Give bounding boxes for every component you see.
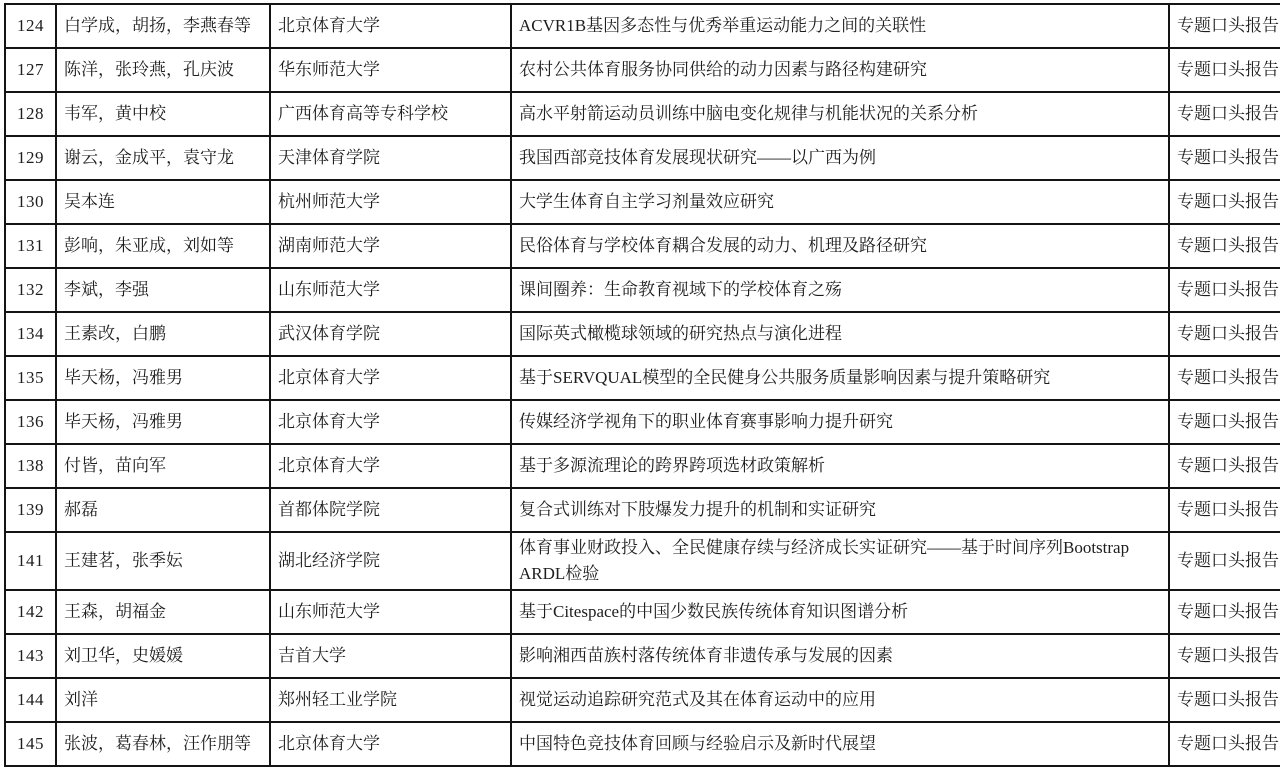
- report-type-cell: 专题口头报告: [1169, 136, 1280, 180]
- report-type-cell: 专题口头报告: [1169, 488, 1280, 532]
- table-row: 135 毕天杨，冯雅男 北京体育大学 基于SERVQUAL模型的全民健身公共服务…: [5, 356, 1280, 400]
- paper-title-cell: 课间圈养：生命教育视域下的学校体育之殇: [511, 268, 1169, 312]
- institution-cell: 杭州师范大学: [270, 180, 511, 224]
- paper-title-cell: 基于Citespace的中国少数民族传统体育知识图谱分析: [511, 590, 1169, 634]
- paper-title-cell: 中国特色竞技体育回顾与经验启示及新时代展望: [511, 722, 1169, 766]
- report-type-cell: 专题口头报告: [1169, 678, 1280, 722]
- table-row: 130 吴本连 杭州师范大学 大学生体育自主学习剂量效应研究 专题口头报告: [5, 180, 1280, 224]
- table-row: 127 陈洋，张玲燕，孔庆波 华东师范大学 农村公共体育服务协同供给的动力因素与…: [5, 48, 1280, 92]
- report-type-cell: 专题口头报告: [1169, 268, 1280, 312]
- row-number-cell: 139: [5, 488, 56, 532]
- table-row: 138 付皆，苗向军 北京体育大学 基于多源流理论的跨界跨项选材政策解析 专题口…: [5, 444, 1280, 488]
- row-number-cell: 143: [5, 634, 56, 678]
- paper-title-cell: 基于多源流理论的跨界跨项选材政策解析: [511, 444, 1169, 488]
- row-number-cell: 124: [5, 4, 56, 48]
- institution-cell: 北京体育大学: [270, 400, 511, 444]
- report-type-cell: 专题口头报告: [1169, 722, 1280, 766]
- table-row: 139 郝磊 首都体院学院 复合式训练对下肢爆发力提升的机制和实证研究 专题口头…: [5, 488, 1280, 532]
- paper-title-cell: 视觉运动追踪研究范式及其在体育运动中的应用: [511, 678, 1169, 722]
- row-number-cell: 138: [5, 444, 56, 488]
- report-type-cell: 专题口头报告: [1169, 400, 1280, 444]
- row-number-cell: 144: [5, 678, 56, 722]
- report-type-cell: 专题口头报告: [1169, 48, 1280, 92]
- row-number-cell: 135: [5, 356, 56, 400]
- authors-cell: 吴本连: [56, 180, 270, 224]
- row-number-cell: 141: [5, 532, 56, 590]
- table-row: 136 毕天杨，冯雅男 北京体育大学 传媒经济学视角下的职业体育赛事影响力提升研…: [5, 400, 1280, 444]
- authors-cell: 王建茗，张季妘: [56, 532, 270, 590]
- row-number-cell: 131: [5, 224, 56, 268]
- paper-title-cell: 国际英式橄榄球领域的研究热点与演化进程: [511, 312, 1169, 356]
- institution-cell: 山东师范大学: [270, 590, 511, 634]
- authors-cell: 张波，葛春林，汪作朋等: [56, 722, 270, 766]
- row-number-cell: 136: [5, 400, 56, 444]
- paper-title-cell: 传媒经济学视角下的职业体育赛事影响力提升研究: [511, 400, 1169, 444]
- institution-cell: 湖北经济学院: [270, 532, 511, 590]
- authors-cell: 李斌，李强: [56, 268, 270, 312]
- institution-cell: 山东师范大学: [270, 268, 511, 312]
- papers-table-container: 124 白学成，胡扬，李燕春等 北京体育大学 ACVR1B基因多态性与优秀举重运…: [4, 3, 1280, 767]
- institution-cell: 北京体育大学: [270, 722, 511, 766]
- table-row: 124 白学成，胡扬，李燕春等 北京体育大学 ACVR1B基因多态性与优秀举重运…: [5, 4, 1280, 48]
- table-row: 131 彭响，朱亚成，刘如等 湖南师范大学 民俗体育与学校体育耦合发展的动力、机…: [5, 224, 1280, 268]
- authors-cell: 付皆，苗向军: [56, 444, 270, 488]
- institution-cell: 湖南师范大学: [270, 224, 511, 268]
- row-number-cell: 142: [5, 590, 56, 634]
- row-number-cell: 130: [5, 180, 56, 224]
- paper-title-cell: 体育事业财政投入、全民健康存续与经济成长实证研究——基于时间序列Bootstra…: [511, 532, 1169, 590]
- authors-cell: 白学成，胡扬，李燕春等: [56, 4, 270, 48]
- institution-cell: 广西体育高等专科学校: [270, 92, 511, 136]
- paper-title-cell: 大学生体育自主学习剂量效应研究: [511, 180, 1169, 224]
- authors-cell: 彭响，朱亚成，刘如等: [56, 224, 270, 268]
- papers-table: 124 白学成，胡扬，李燕春等 北京体育大学 ACVR1B基因多态性与优秀举重运…: [4, 3, 1280, 767]
- report-type-cell: 专题口头报告: [1169, 4, 1280, 48]
- table-row: 132 李斌，李强 山东师范大学 课间圈养：生命教育视域下的学校体育之殇 专题口…: [5, 268, 1280, 312]
- row-number-cell: 145: [5, 722, 56, 766]
- row-number-cell: 127: [5, 48, 56, 92]
- institution-cell: 武汉体育学院: [270, 312, 511, 356]
- table-row: 145 张波，葛春林，汪作朋等 北京体育大学 中国特色竞技体育回顾与经验启示及新…: [5, 722, 1280, 766]
- papers-table-body: 124 白学成，胡扬，李燕春等 北京体育大学 ACVR1B基因多态性与优秀举重运…: [5, 4, 1280, 766]
- paper-title-cell: 基于SERVQUAL模型的全民健身公共服务质量影响因素与提升策略研究: [511, 356, 1169, 400]
- paper-title-cell: 民俗体育与学校体育耦合发展的动力、机理及路径研究: [511, 224, 1169, 268]
- table-row: 134 王素改，白鹏 武汉体育学院 国际英式橄榄球领域的研究热点与演化进程 专题…: [5, 312, 1280, 356]
- paper-title-cell: 影响湘西苗族村落传统体育非遗传承与发展的因素: [511, 634, 1169, 678]
- authors-cell: 刘卫华，史媛媛: [56, 634, 270, 678]
- row-number-cell: 132: [5, 268, 56, 312]
- table-row: 143 刘卫华，史媛媛 吉首大学 影响湘西苗族村落传统体育非遗传承与发展的因素 …: [5, 634, 1280, 678]
- authors-cell: 刘洋: [56, 678, 270, 722]
- table-row: 141 王建茗，张季妘 湖北经济学院 体育事业财政投入、全民健康存续与经济成长实…: [5, 532, 1280, 590]
- report-type-cell: 专题口头报告: [1169, 532, 1280, 590]
- institution-cell: 天津体育学院: [270, 136, 511, 180]
- row-number-cell: 129: [5, 136, 56, 180]
- paper-title-cell: 高水平射箭运动员训练中脑电变化规律与机能状况的关系分析: [511, 92, 1169, 136]
- institution-cell: 北京体育大学: [270, 356, 511, 400]
- table-row: 142 王森，胡福金 山东师范大学 基于Citespace的中国少数民族传统体育…: [5, 590, 1280, 634]
- authors-cell: 毕天杨，冯雅男: [56, 400, 270, 444]
- report-type-cell: 专题口头报告: [1169, 634, 1280, 678]
- report-type-cell: 专题口头报告: [1169, 356, 1280, 400]
- institution-cell: 华东师范大学: [270, 48, 511, 92]
- report-type-cell: 专题口头报告: [1169, 590, 1280, 634]
- row-number-cell: 128: [5, 92, 56, 136]
- table-row: 144 刘洋 郑州轻工业学院 视觉运动追踪研究范式及其在体育运动中的应用 专题口…: [5, 678, 1280, 722]
- institution-cell: 北京体育大学: [270, 4, 511, 48]
- authors-cell: 王森，胡福金: [56, 590, 270, 634]
- authors-cell: 陈洋，张玲燕，孔庆波: [56, 48, 270, 92]
- authors-cell: 毕天杨，冯雅男: [56, 356, 270, 400]
- report-type-cell: 专题口头报告: [1169, 180, 1280, 224]
- report-type-cell: 专题口头报告: [1169, 92, 1280, 136]
- authors-cell: 韦军，黄中校: [56, 92, 270, 136]
- institution-cell: 北京体育大学: [270, 444, 511, 488]
- authors-cell: 谢云，金成平，袁守龙: [56, 136, 270, 180]
- paper-title-cell: 复合式训练对下肢爆发力提升的机制和实证研究: [511, 488, 1169, 532]
- institution-cell: 郑州轻工业学院: [270, 678, 511, 722]
- report-type-cell: 专题口头报告: [1169, 312, 1280, 356]
- table-row: 129 谢云，金成平，袁守龙 天津体育学院 我国西部竞技体育发展现状研究——以广…: [5, 136, 1280, 180]
- institution-cell: 首都体院学院: [270, 488, 511, 532]
- institution-cell: 吉首大学: [270, 634, 511, 678]
- authors-cell: 郝磊: [56, 488, 270, 532]
- paper-title-cell: 农村公共体育服务协同供给的动力因素与路径构建研究: [511, 48, 1169, 92]
- paper-title-cell: ACVR1B基因多态性与优秀举重运动能力之间的关联性: [511, 4, 1169, 48]
- table-row: 128 韦军，黄中校 广西体育高等专科学校 高水平射箭运动员训练中脑电变化规律与…: [5, 92, 1280, 136]
- report-type-cell: 专题口头报告: [1169, 224, 1280, 268]
- row-number-cell: 134: [5, 312, 56, 356]
- report-type-cell: 专题口头报告: [1169, 444, 1280, 488]
- authors-cell: 王素改，白鹏: [56, 312, 270, 356]
- paper-title-cell: 我国西部竞技体育发展现状研究——以广西为例: [511, 136, 1169, 180]
